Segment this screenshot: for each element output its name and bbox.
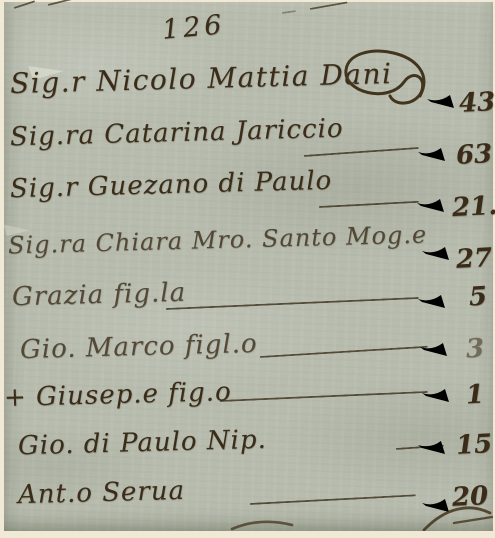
entry-rule [319, 201, 419, 208]
check-flourish-icon [420, 340, 450, 360]
entry-value: 3 [465, 334, 485, 365]
entry-value: 43 [458, 87, 495, 119]
entry-value: 27 [455, 243, 493, 275]
entry-name: Sig.r Guezano di Paulo [10, 166, 333, 204]
entry-value: 5 [468, 282, 488, 313]
partial-stroke [4, 497, 493, 531]
check-flourish-icon [417, 196, 447, 216]
entry-value: 15 [455, 429, 493, 461]
entry-name: + Giusep.e fig.o [4, 377, 232, 413]
entry-name: Grazia fig.la [12, 278, 187, 313]
check-flourish-icon [427, 92, 457, 112]
check-flourish-icon [418, 145, 448, 165]
ink-dash-mark [14, 0, 36, 9]
ink-dash-mark [282, 10, 296, 14]
ink-dash-mark [48, 0, 81, 6]
check-flourish-icon [422, 386, 452, 406]
entry-value: 1 [465, 380, 485, 411]
entry-value: 63 [455, 139, 493, 171]
entry-rule [260, 346, 428, 358]
entry-name: Gio. Marco figl.o [20, 329, 258, 365]
entry-rule [304, 147, 419, 157]
check-flourish-icon [422, 244, 448, 262]
check-flourish-icon [418, 438, 448, 458]
flourish-loop [292, 32, 442, 110]
entry-name: Gio. di Paulo Nip. [18, 425, 268, 462]
check-flourish-icon [418, 292, 448, 312]
paper-background: 126 Sig.r Nicolo Mattia Dani 43 Sig.ra C… [4, 2, 493, 531]
entry-value: 21. [451, 191, 495, 223]
entry-name: Sig.ra Catarina Jariccio [10, 114, 344, 153]
entry-name: Sig.ra Chiara Mro. Santo Mog.e [8, 221, 428, 260]
manuscript-page: 126 Sig.r Nicolo Mattia Dani 43 Sig.ra C… [0, 0, 495, 538]
entry-rule [166, 297, 419, 310]
ink-dash-mark [310, 1, 348, 10]
page-number: 126 [161, 9, 227, 45]
entry-rule [220, 391, 428, 402]
